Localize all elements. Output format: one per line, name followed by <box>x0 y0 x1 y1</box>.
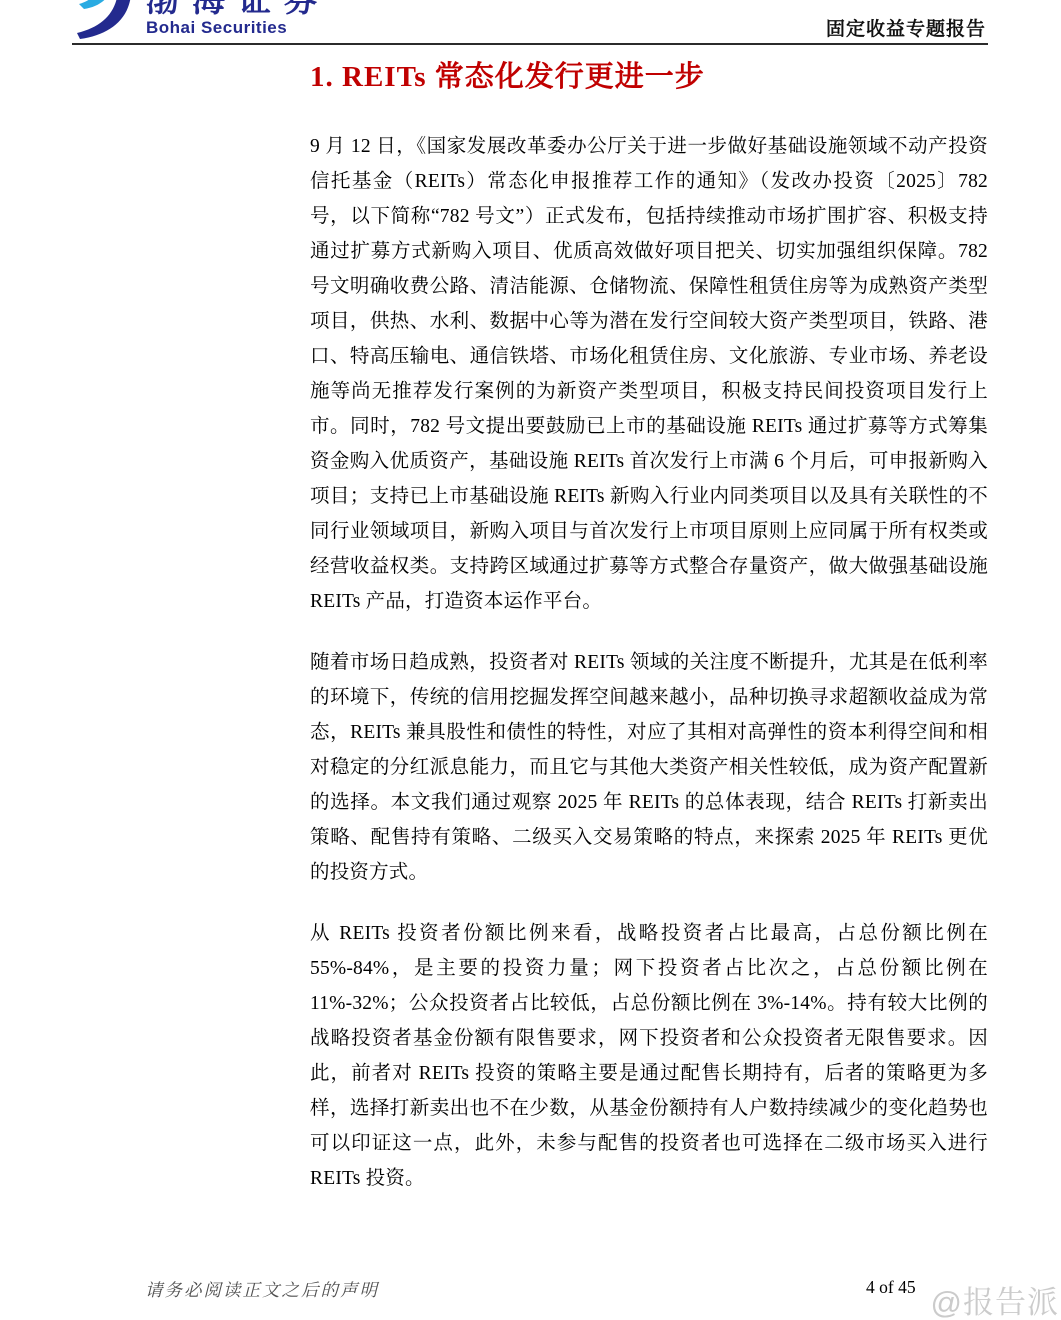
body-paragraph-1: 9 月 12 日，《国家发展改革委办公厅关于进一步做好基础设施领域不动产投资信托… <box>310 129 988 619</box>
footer-disclaimer: 请务必阅读正文之后的声明 <box>145 1277 379 1302</box>
report-page: 渤海证券 Bohai Securities 固定收益专题报告 1. REITs … <box>0 0 1061 1320</box>
watermark: @报告派 <box>931 1277 1059 1320</box>
body-paragraph-3: 从 REITs 投资者份额比例来看，战略投资者占比最高，占总份额比例在 55%-… <box>310 916 988 1196</box>
brand-logo: 渤海证券 Bohai Securities <box>74 0 330 41</box>
brand-text-block: 渤海证券 Bohai Securities <box>146 0 330 38</box>
page-number: 4 of 45 <box>866 1277 916 1298</box>
brand-name-cn: 渤海证券 <box>146 0 330 16</box>
report-body: 1. REITs 常态化发行更进一步 9 月 12 日，《国家发展改革委办公厅关… <box>310 58 988 1222</box>
page-header: 渤海证券 Bohai Securities 固定收益专题报告 <box>72 0 988 44</box>
body-paragraph-2: 随着市场日趋成熟，投资者对 REITs 领域的关注度不断提升，尤其是在低利率的环… <box>310 645 988 890</box>
report-type-label: 固定收益专题报告 <box>826 14 986 41</box>
header-divider <box>72 43 988 45</box>
section-title: 1. REITs 常态化发行更进一步 <box>310 58 988 97</box>
brand-name-en: Bohai Securities <box>146 18 330 38</box>
bohai-logo-icon <box>74 0 140 41</box>
